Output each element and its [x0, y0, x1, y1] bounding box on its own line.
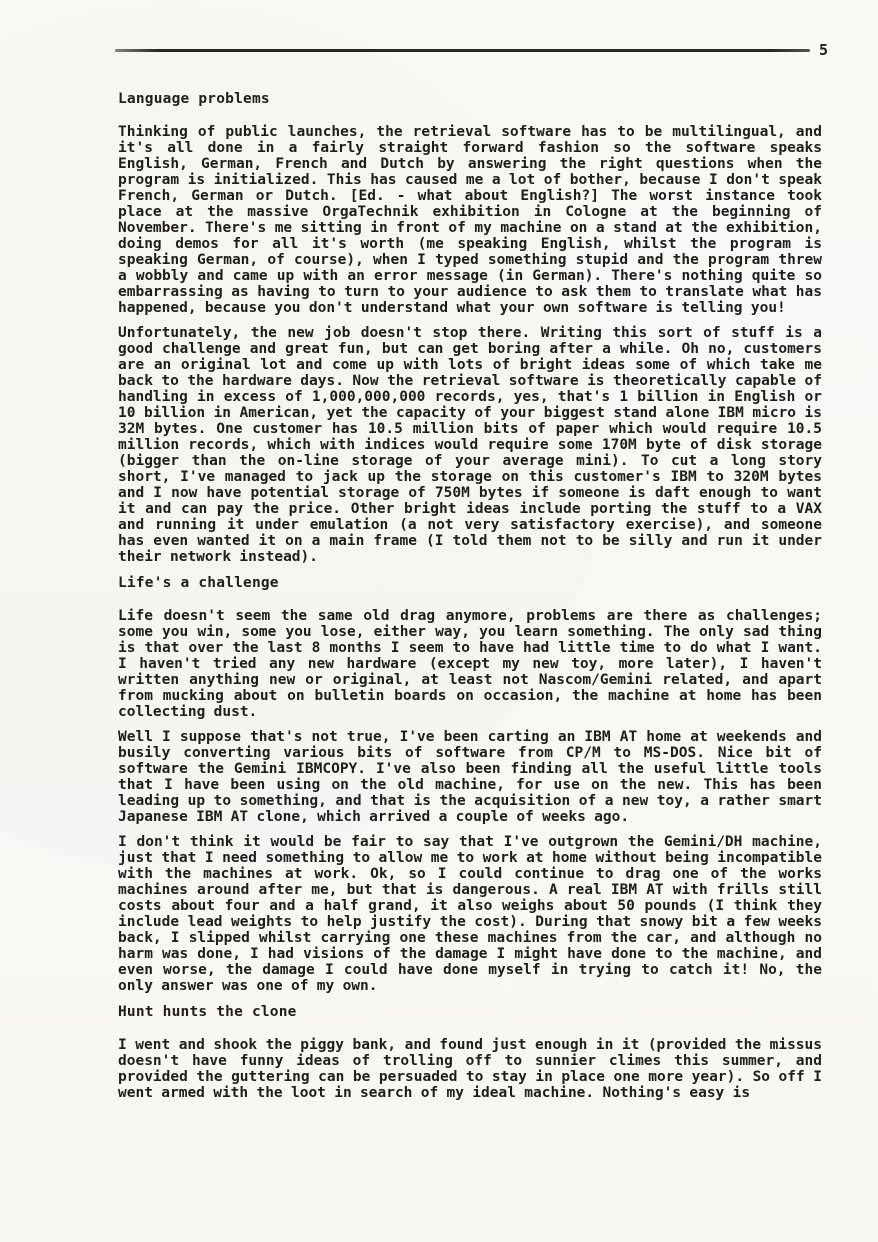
section-hunt-hunts-the-clone: Hunt hunts the clone I went and shook th… — [118, 1004, 822, 1101]
section-heading: Hunt hunts the clone — [118, 1004, 822, 1020]
paragraph: I don't think it would be fair to say th… — [118, 834, 822, 994]
document-page: 5 Language problems Thinking of public l… — [0, 0, 878, 1242]
paragraph: Thinking of public launches, the retriev… — [118, 124, 822, 316]
paragraph: Well I suppose that's not true, I've bee… — [118, 729, 822, 825]
page-header: 5 — [115, 0, 828, 58]
section-heading: Life's a challenge — [118, 575, 822, 591]
section-language-problems: Language problems Thinking of public lau… — [118, 91, 822, 565]
paragraph: I went and shook the piggy bank, and fou… — [118, 1037, 822, 1101]
header-rule — [115, 49, 810, 52]
section-heading: Language problems — [118, 91, 822, 107]
paragraph: Life doesn't seem the same old drag anym… — [118, 608, 822, 720]
section-lifes-a-challenge: Life's a challenge Life doesn't seem the… — [118, 575, 822, 994]
page-number: 5 — [819, 42, 828, 58]
paragraph: Unfortunately, the new job doesn't stop … — [118, 325, 822, 565]
